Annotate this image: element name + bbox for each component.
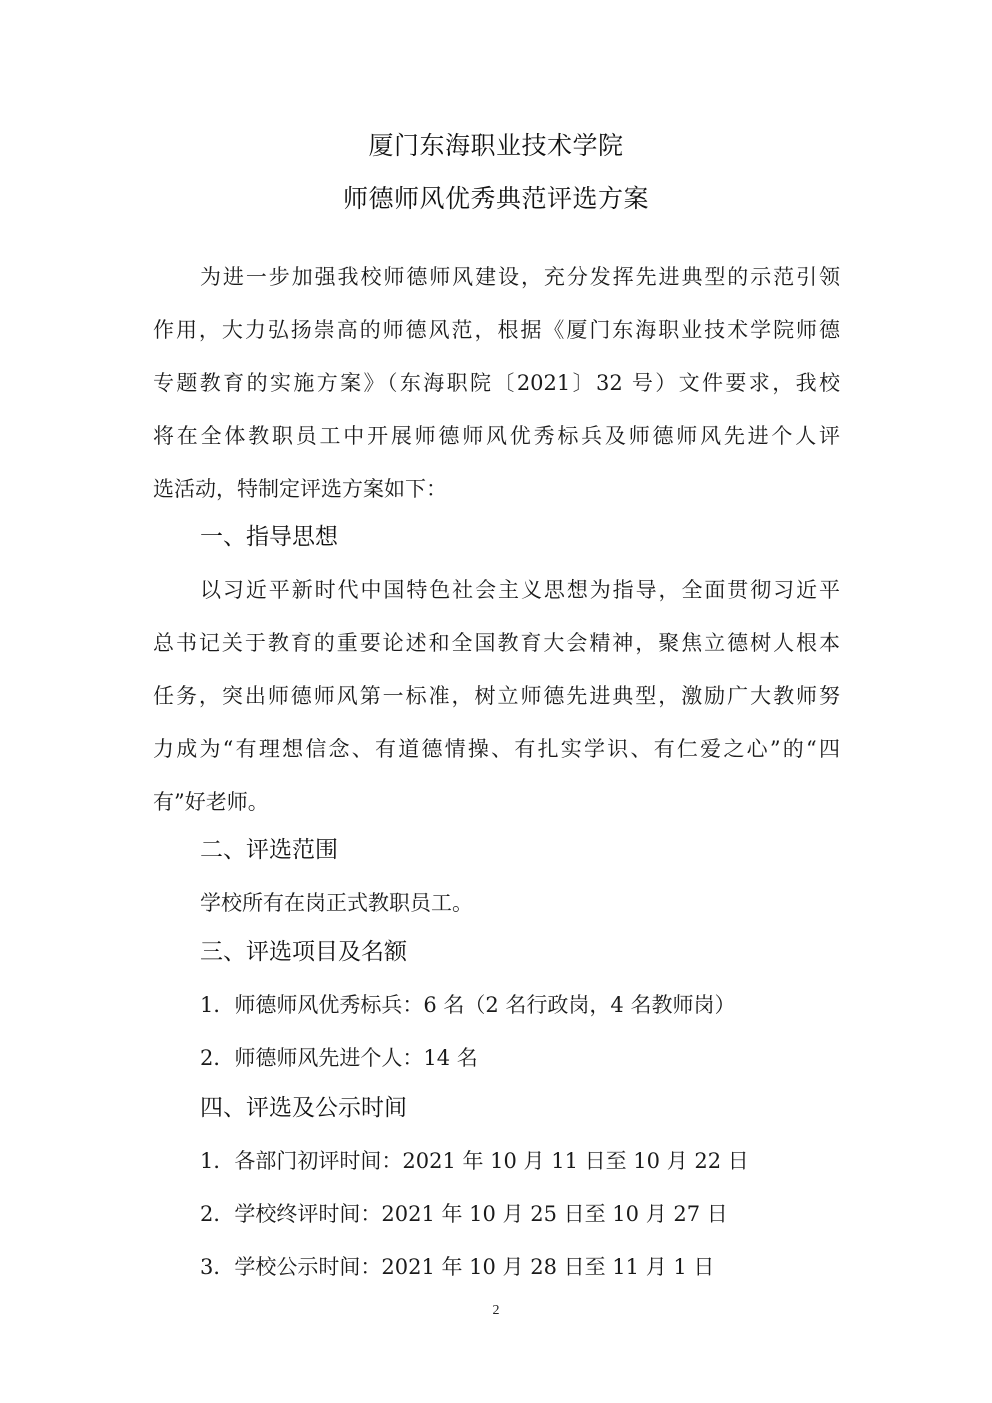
intro-line: 专题教育的实施方案》（东海职院〔2021〕32 号）文件要求，我校 xyxy=(153,369,840,397)
section-line: 1．各部门初评时间：2021 年 10 月 11 日至 10 月 22 日 xyxy=(200,1147,749,1175)
section-line: 2．学校终评时间：2021 年 10 月 25 日至 10 月 27 日 xyxy=(200,1200,728,1228)
section-line: 1．师德师风优秀标兵：6 名（2 名行政岗，4 名教师岗） xyxy=(200,991,735,1019)
intro-line: 将在全体教职员工中开展师德师风优秀标兵及师德师风先进个人评 xyxy=(153,422,840,450)
intro-line: 为进一步加强我校师德师风建设，充分发挥先进典型的示范引领 xyxy=(200,263,840,291)
section-heading-selection-scope: 二、评选范围 xyxy=(200,835,338,865)
intro-line: 作用，大力弘扬崇高的师德风范，根据《厦门东海职业技术学院师德 xyxy=(153,316,840,344)
section-line: 任务，突出师德师风第一标准，树立师德先进典型，激励广大教师努 xyxy=(153,682,840,710)
page-number: 2 xyxy=(0,1303,992,1319)
section-heading-items-and-quotas: 三、评选项目及名额 xyxy=(200,937,407,967)
section-line: 力成为“有理想信念、有道德情操、有扎实学识、有仁爱之心”的“四 xyxy=(153,735,840,763)
section-line: 总书记关于教育的重要论述和全国教育大会精神，聚焦立德树人根本 xyxy=(153,629,840,657)
section-line: 以习近平新时代中国特色社会主义思想为指导，全面贯彻习近平 xyxy=(200,576,840,604)
section-line: 有”好老师。 xyxy=(153,788,269,816)
intro-line: 选活动，特制定评选方案如下： xyxy=(153,475,447,503)
section-heading-schedule: 四、评选及公示时间 xyxy=(200,1093,407,1123)
document-title-plan: 师德师风优秀典范评选方案 xyxy=(0,184,992,214)
document-title-school: 厦门东海职业技术学院 xyxy=(0,131,992,161)
section-line: 学校所有在岗正式教职员工。 xyxy=(200,889,473,917)
section-line: 2．师德师风先进个人：14 名 xyxy=(200,1044,478,1072)
document-page: 厦门东海职业技术学院 师德师风优秀典范评选方案 为进一步加强我校师德师风建设，充… xyxy=(0,0,992,1403)
section-line: 3．学校公示时间：2021 年 10 月 28 日至 11 月 1 日 xyxy=(200,1253,714,1281)
section-heading-guiding-ideology: 一、指导思想 xyxy=(200,522,338,552)
